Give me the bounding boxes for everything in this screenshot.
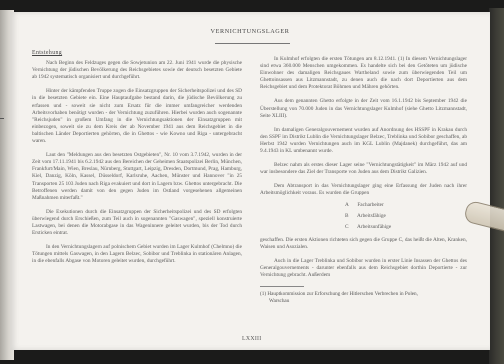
left-column: Entstehung Nach Beginn des Feldzuges geg… xyxy=(32,50,242,272)
paragraph: Nach Beginn des Feldzuges gegen die Sowj… xyxy=(32,60,242,81)
paragraph: Im damaligen Generalgouvernement wurden … xyxy=(260,127,467,155)
paragraph: In Kulmhof erfolgten die ersten Tötungen… xyxy=(260,56,467,91)
group-item: C Arbeitsunfähige xyxy=(345,222,467,233)
paragraph: Hinter der kämpfenden Truppe zogen die E… xyxy=(32,88,242,145)
footnote-marker: (1) xyxy=(260,291,266,297)
paragraph: Auch in die Lager Treblinka und Sobibor … xyxy=(260,258,467,279)
group-item: B Arbeitsfähige xyxy=(345,211,467,222)
book-edge-right xyxy=(489,8,504,364)
group-list: A Facharbeiter B Arbeitsfähige C Arbeits… xyxy=(260,200,467,233)
paragraph: In den Vernichtungslagern auf polnischem… xyxy=(32,244,242,265)
footnote: (1) Hauptkommission zur Erforschung der … xyxy=(260,291,467,305)
paragraph: Dem Abtransport in das Vernichtungslager… xyxy=(260,183,467,197)
right-column: In Kulmhof erfolgten die ersten Tötungen… xyxy=(260,50,467,305)
paragraph: Aus dem genannten Ghetto erfolgte in der… xyxy=(260,98,467,119)
group-label: Arbeitsunfähige xyxy=(357,224,391,230)
header-rule xyxy=(215,43,290,44)
footnote-text: Hauptkommission zur Erforschung der Hitl… xyxy=(267,291,418,297)
group-label: Arbeitsfähige xyxy=(357,213,386,219)
page-number: LXXIII xyxy=(242,336,262,342)
group-label: Facharbeiter xyxy=(357,202,383,208)
group-letter: A xyxy=(345,200,356,211)
running-header: VERNICHTUNGSLAGER xyxy=(10,28,490,35)
paragraph: Belzec nahm als erstes dieser Lager sein… xyxy=(260,162,467,176)
footnote-text-cont: Warschau xyxy=(260,298,467,305)
document-page: VERNICHTUNGSLAGER Entstehung Nach Beginn… xyxy=(10,12,490,350)
section-heading: Entstehung xyxy=(32,50,242,57)
group-item: A Facharbeiter xyxy=(345,200,467,211)
paragraph: geschaffen. Die ersten Aktionen richtete… xyxy=(260,237,467,251)
group-letter: C xyxy=(345,222,356,233)
footnote-rule xyxy=(260,286,304,287)
group-letter: B xyxy=(345,211,356,222)
paragraph: Die Exekutionen durch die Einsatzgruppen… xyxy=(32,209,242,237)
paragraph: Laut den "Meldungen aus den besetzten Os… xyxy=(32,152,242,202)
